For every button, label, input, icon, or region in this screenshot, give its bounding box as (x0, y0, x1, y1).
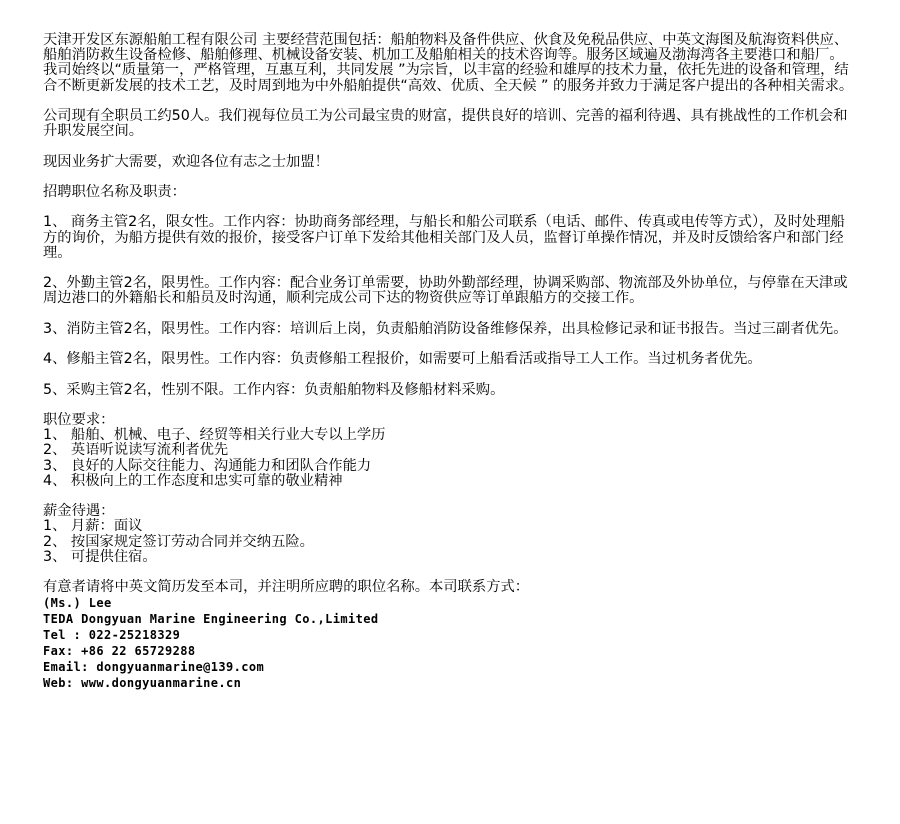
job-posting-document: 天津开发区东源船舶工程有限公司 主要经营范围包括：船舶物料及备件供应、伙食及免税… (43, 33, 858, 691)
contact-instruction: 有意者请将中英文简历发至本司，并注明所应聘的职位名称。本司联系方式： (43, 580, 858, 595)
position-item-2: 2、外勤主管2名，限男性。工作内容：配合业务订单需要，协助外勤部经理，协调采购部… (43, 276, 858, 306)
spacer (43, 489, 858, 504)
invite-paragraph: 现因业务扩大需要，欢迎各位有志之士加盟！ (43, 155, 858, 170)
requirements-heading: 职位要求： (43, 413, 858, 428)
requirement-item: 2、 英语听说读写流利者优先 (43, 443, 858, 458)
contact-company: TEDA Dongyuan Marine Engineering Co.,Lim… (43, 611, 858, 627)
position-item-4: 4、修船主管2名，限男性。工作内容：负责修船工程报价，如需要可上船看活或指导工人… (43, 352, 858, 367)
salary-section: 薪金待遇： 1、 月薪：面议 2、 按国家规定签订劳动合同并交纳五险。 3、 可… (43, 504, 858, 565)
requirement-item: 4、 积极向上的工作态度和忠实可靠的敬业精神 (43, 474, 858, 489)
position-item-3: 3、消防主管2名，限男性。工作内容：培训后上岗，负责船舶消防设备维修保养，出具检… (43, 322, 858, 337)
salary-item: 3、 可提供住宿。 (43, 550, 858, 565)
contact-person: (Ms.) Lee (43, 595, 858, 611)
spacer (43, 139, 858, 154)
staff-paragraph: 公司现有全职员工约50人。我们视每位员工为公司最宝贵的财富，提供良好的培训、完善… (43, 109, 858, 139)
company-scope-paragraph: 天津开发区东源船舶工程有限公司 主要经营范围包括：船舶物料及备件供应、伙食及免税… (43, 33, 858, 63)
contact-block: (Ms.) Lee TEDA Dongyuan Marine Engineeri… (43, 595, 858, 691)
spacer (43, 170, 858, 185)
spacer (43, 398, 858, 413)
salary-item: 2、 按国家规定签订劳动合同并交纳五险。 (43, 535, 858, 550)
position-item-1: 1、 商务主管2名，限女性。工作内容：协助商务部经理，与船长和船公司联系（电话、… (43, 215, 858, 261)
spacer (43, 565, 858, 580)
salary-item: 1、 月薪：面议 (43, 519, 858, 534)
contact-web: Web: www.dongyuanmarine.cn (43, 675, 858, 691)
contact-email: Email: dongyuanmarine@139.com (43, 659, 858, 675)
spacer (43, 94, 858, 109)
contact-tel: Tel : 022-25218329 (43, 627, 858, 643)
positions-heading: 招聘职位名称及职责： (43, 185, 858, 200)
position-item-5: 5、采购主管2名，性别不限。工作内容：负责船舶物料及修船材料采购。 (43, 383, 858, 398)
spacer (43, 261, 858, 276)
spacer (43, 367, 858, 382)
contact-fax: Fax: +86 22 65729288 (43, 643, 858, 659)
mission-paragraph: 我司始终以“质量第一，严格管理，互惠互利，共同发展 ”为宗旨，以丰富的经验和雄厚… (43, 63, 858, 93)
requirement-item: 3、 良好的人际交往能力、沟通能力和团队合作能力 (43, 459, 858, 474)
requirements-section: 职位要求： 1、 船舶、机械、电子、经贸等相关行业大专以上学历 2、 英语听说读… (43, 413, 858, 489)
spacer (43, 307, 858, 322)
spacer (43, 337, 858, 352)
salary-heading: 薪金待遇： (43, 504, 858, 519)
